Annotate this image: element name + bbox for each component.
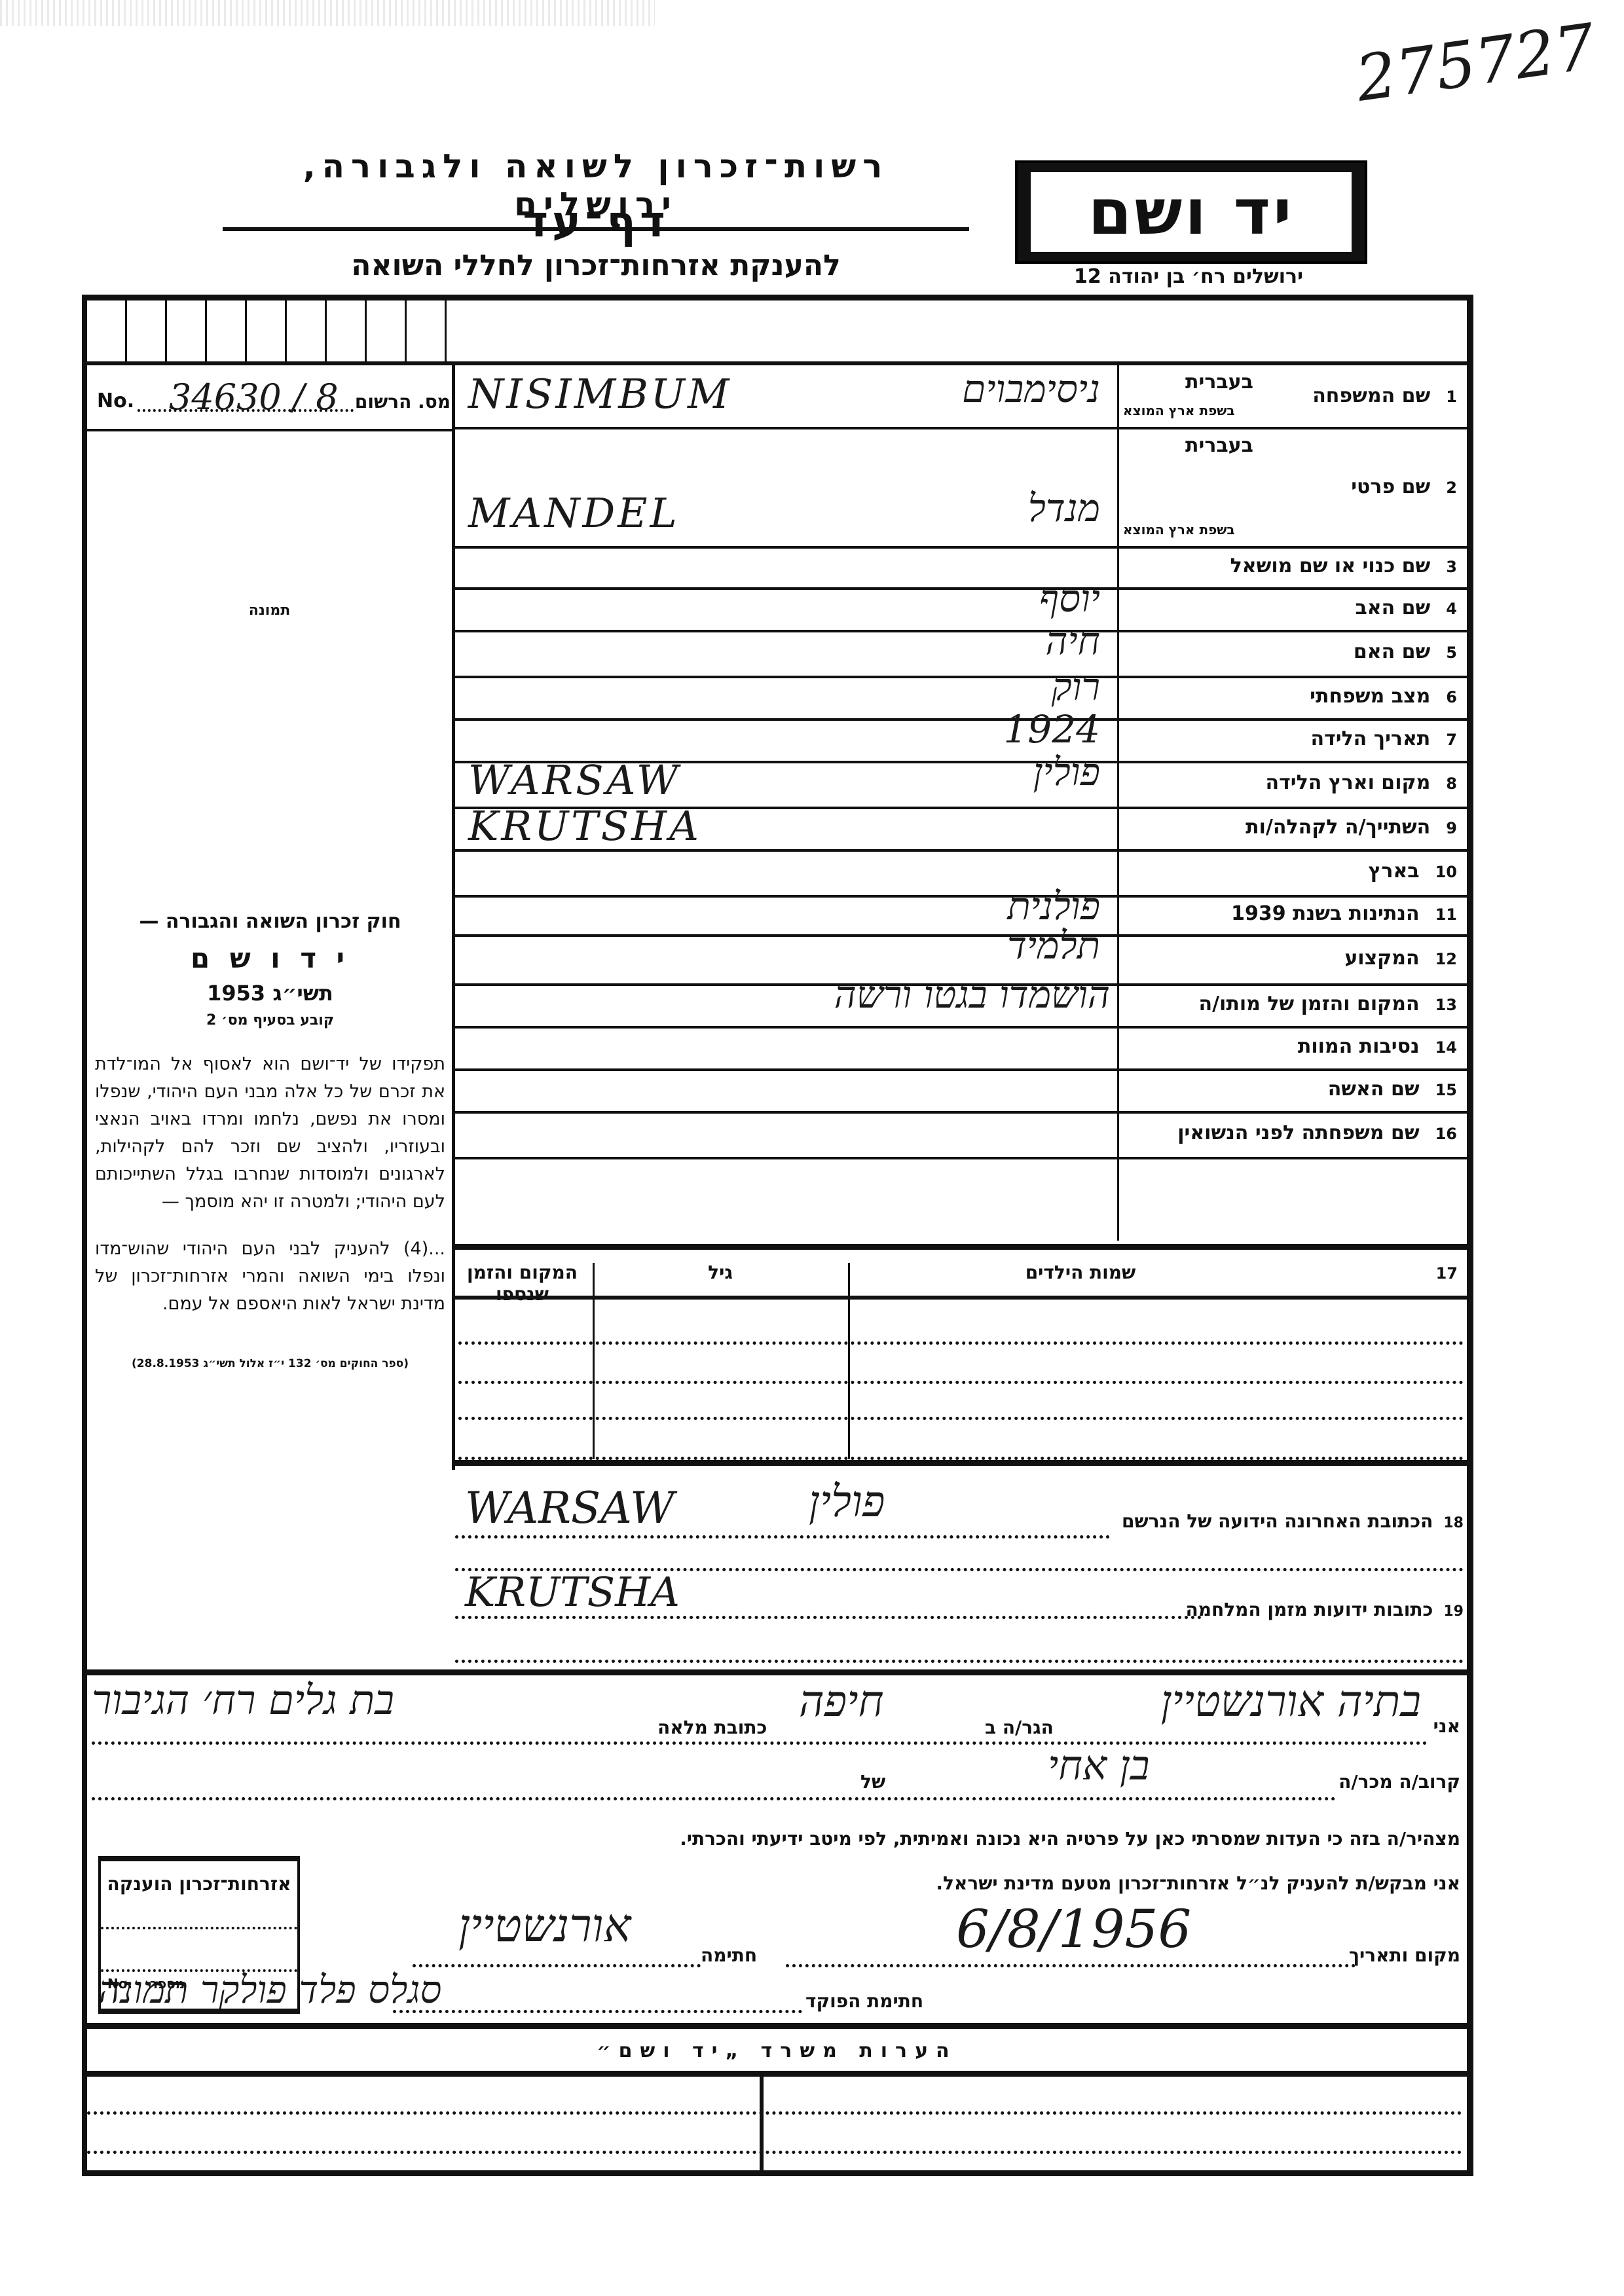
address-bottom-line	[455, 1660, 1464, 1663]
field-row-13: 13המקום והזמן של מותו/ההושמדו בגטו ורשה	[455, 985, 1467, 1028]
office-notes-top	[87, 2023, 1467, 2029]
citizenship-box: אזרחות־זכרון הוענקה No. מספר	[98, 1856, 300, 2014]
field-label-cell: 6מצב משפחתי	[1120, 678, 1457, 720]
children-table: 17 שמות הילדים גיל המקום והזמן שנספו	[452, 1250, 1467, 1466]
field-row-5: 5שם האםחיה	[455, 632, 1467, 678]
field-sub-hebrew: בעברית	[1185, 371, 1253, 393]
field-label-cell: 2שם פרטיבעבריתבשפת ארץ המוצא	[1120, 429, 1457, 548]
field-number: 2	[1446, 479, 1457, 497]
field-number: 9	[1446, 819, 1457, 837]
law-title: חוק זכרון השואה והגבורה —	[95, 910, 445, 933]
decl-relative-label: קרוב/ה מכר/ה	[1338, 1771, 1460, 1793]
citizenship-line-1[interactable]	[101, 1927, 297, 1929]
field-value-hebrew[interactable]: 1924	[1003, 707, 1100, 752]
field-value-hebrew[interactable]: יוסף	[1039, 576, 1100, 621]
address-19-text: כתובות ידועות מזמן המלחמה	[1185, 1599, 1433, 1620]
photo-placeholder-label: תמונה	[87, 602, 452, 619]
law-citation: (ספר החוקים מס׳ 132 י״ז אלול תשי״ג 28.8.…	[95, 1357, 445, 1370]
decl-line-2	[92, 1797, 1336, 1800]
decl-name-value[interactable]: בתיה אורנשטיין	[1161, 1676, 1421, 1727]
address-19-line	[455, 1616, 1202, 1619]
field-value-hebrew[interactable]: מנדל	[1028, 486, 1100, 530]
field-row-line	[455, 1157, 1467, 1159]
field-number: 7	[1446, 731, 1457, 749]
children-row-line[interactable]	[452, 1381, 1464, 1384]
field-number: 12	[1435, 950, 1457, 968]
field-label: 16שם משפחתה לפני הנשואין	[1177, 1121, 1457, 1144]
address-19-label: 19כתובות ידועות מזמן המלחמה	[1185, 1599, 1464, 1620]
law-year: תשי״ג 1953	[95, 981, 445, 1006]
address-18-number: 18	[1443, 1515, 1464, 1531]
officer-label: חתימת הפוקד	[805, 1990, 923, 2012]
field-label-cell: 16שם משפחתה לפני הנשואין	[1120, 1113, 1457, 1159]
field-label-text: הנתינות בשנת 1939	[1231, 902, 1419, 925]
registration-divider	[87, 429, 452, 431]
field-label-cell: 7תאריך הלידה	[1120, 720, 1457, 763]
office-notes-title: הערות משרד „יד ושם״	[87, 2039, 1467, 2062]
code-boxes	[87, 301, 451, 363]
law-name: י ד ו ש ם	[95, 942, 445, 974]
logo-address: ירושלים רח׳ בן יהודה 12	[1015, 265, 1362, 288]
registration-value[interactable]: 34630 / 8	[169, 376, 339, 418]
field-value-hebrew[interactable]: תלמיד	[1007, 923, 1100, 968]
registration-prefix: No.	[97, 390, 134, 412]
field-row-15: 15שם האשה	[455, 1070, 1467, 1113]
field-label: 4שם האב	[1355, 596, 1457, 619]
field-label: 15שם האשה	[1328, 1078, 1457, 1101]
field-label-text: השתייך/ה לקהלה/ות	[1246, 816, 1430, 839]
field-label: 12המקצוע	[1344, 947, 1457, 970]
field-row-14: 14נסיבות המוות	[455, 1028, 1467, 1070]
yad-vashem-logo: יד ושם	[1015, 160, 1367, 264]
field-number: 8	[1446, 774, 1457, 793]
children-row-line[interactable]	[452, 1341, 1464, 1345]
children-header-line	[452, 1296, 1467, 1300]
field-row-10: 10בארץ	[455, 851, 1467, 897]
field-label: 1שם המשפחה	[1312, 384, 1457, 407]
children-number: 17	[1436, 1264, 1458, 1283]
field-label-cell: 4שם האב	[1120, 589, 1457, 632]
field-row-4: 4שם האביוסף	[455, 589, 1467, 632]
field-number: 13	[1435, 996, 1457, 1014]
decl-city-value[interactable]: חיפה	[799, 1676, 884, 1727]
field-sub-origin: בשפת ארץ המוצא	[1123, 522, 1235, 538]
field-sub-origin: בשפת ארץ המוצא	[1123, 403, 1235, 418]
field-value-hebrew[interactable]: רוק	[1052, 665, 1100, 709]
registration-field: No. 34630 / 8 מס. הרשום	[97, 376, 451, 426]
law-box: חוק זכרון השואה והגבורה — י ד ו ש ם תשי״…	[95, 910, 445, 1370]
office-notes-line[interactable]	[87, 2151, 1462, 2154]
decl-full-address-label: כתובת מלאה	[655, 1717, 769, 1738]
field-label: 14נסיבות המוות	[1298, 1035, 1457, 1058]
field-label: 11הנתינות בשנת 1939	[1231, 902, 1457, 925]
logo-text: יד ושם	[1031, 172, 1352, 252]
officer-line	[393, 2010, 802, 2013]
address-18: 18הכתובת האחרונה הידועה של הנרשם WARSAW …	[455, 1470, 1464, 1548]
field-label-cell: 10בארץ	[1120, 851, 1457, 897]
field-number: 15	[1435, 1081, 1457, 1099]
field-sub-hebrew: בעברית	[1185, 434, 1253, 457]
field-number: 3	[1446, 558, 1457, 576]
field-value-hebrew[interactable]: פולין	[1033, 750, 1100, 794]
field-label-text: נסיבות המוות	[1298, 1035, 1420, 1058]
field-label-text: שם כנוי או שם מושאל	[1230, 555, 1431, 577]
declaration-top	[87, 1669, 1467, 1675]
field-row-6: 6מצב משפחתירוק	[455, 678, 1467, 720]
citizenship-title: אזרחות־זכרון הוענקה	[101, 1873, 297, 1895]
decl-signature-label: חתימה	[701, 1944, 757, 1966]
field-label-text: שם המשפחה	[1312, 384, 1430, 407]
field-label-text: תאריך הלידה	[1310, 727, 1430, 750]
field-number: 1	[1446, 388, 1457, 406]
field-label-cell: 12המקצוע	[1120, 936, 1457, 985]
decl-statement-2: אני מבקש/ת להעניק לנ״ל אזרחות־זכרון מטעם…	[936, 1872, 1460, 1894]
children-col-2	[848, 1263, 850, 1459]
field-value-latin[interactable]: MANDEL	[468, 489, 680, 537]
decl-full-address-value[interactable]: בת גלים רח׳ הגיבור	[92, 1676, 394, 1724]
field-label-text: שם האב	[1355, 596, 1430, 619]
field-label: 9השתייך/ה לקהלה/ות	[1246, 816, 1457, 839]
form-title: דף־עד	[223, 196, 969, 247]
field-number: 16	[1435, 1125, 1457, 1143]
address-19-latin[interactable]: KRUTSHA	[465, 1568, 680, 1616]
field-label-text: מצב משפחתי	[1310, 685, 1430, 708]
frame-left	[82, 295, 87, 2174]
field-value-hebrew[interactable]: פולנית	[1007, 884, 1100, 928]
field-label: 3שם כנוי או שם מושאל	[1230, 555, 1457, 577]
field-label-cell: 8מקום וארץ הלידה	[1120, 763, 1457, 809]
law-paragraph-1: תפקידו של יד־ושם הוא לאסוף אל המו־לדת את…	[95, 1051, 445, 1216]
field-label-text: המקצוע	[1344, 947, 1419, 970]
citizenship-line-2[interactable]	[101, 1969, 297, 1972]
office-notes-line[interactable]	[87, 2111, 1462, 2115]
children-header-age: גיל	[593, 1262, 848, 1283]
field-label-cell: 11הנתינות בשנת 1939	[1120, 897, 1457, 936]
field-row-9: 9השתייך/ה לקהלה/ותKRUTSHA	[455, 809, 1467, 851]
field-label: 13המקום והזמן של מותו/ה	[1198, 993, 1457, 1015]
address-18-hebrew[interactable]: פולין	[809, 1476, 885, 1527]
field-label: 7תאריך הלידה	[1310, 727, 1457, 750]
frame-bottom	[82, 2170, 1473, 2176]
field-number: 4	[1446, 600, 1457, 618]
field-label-text: בארץ	[1369, 860, 1420, 883]
children-row-line[interactable]	[452, 1417, 1464, 1420]
address-18-latin[interactable]: WARSAW	[465, 1483, 674, 1533]
field-label-text: שם משפחתה לפני הנשואין	[1177, 1121, 1419, 1144]
decl-statement-1: מצהיר/ה בזה כי העדות שמסרתי כאן על פרטיה…	[680, 1828, 1460, 1850]
citizenship-no-prefix: No.	[107, 1976, 132, 1992]
field-row-3: 3שם כנוי או שם מושאל	[455, 548, 1467, 589]
field-label-cell: 15שם האשה	[1120, 1070, 1457, 1113]
field-label-text: שם האם	[1354, 640, 1430, 663]
field-label-cell: 3שם כנוי או שם מושאל	[1120, 548, 1457, 589]
address-19-number: 19	[1443, 1603, 1464, 1620]
address-18-line	[455, 1535, 1110, 1539]
decl-signature-value[interactable]: אורנשטיין	[458, 1899, 631, 1953]
field-value-latin[interactable]: KRUTSHA	[468, 802, 701, 850]
field-label-text: שם פרטי	[1351, 475, 1430, 498]
field-value-latin[interactable]: WARSAW	[468, 756, 681, 804]
address-18-label: 18הכתובת האחרונה הידועה של הנרשם	[1122, 1510, 1464, 1532]
decl-of-label: של	[858, 1771, 888, 1793]
decl-resident-label: הגר/ה ב	[982, 1717, 1056, 1738]
office-notes-col	[760, 2075, 764, 2170]
registration-label: מס. הרשום	[355, 391, 451, 412]
decl-place-date-value[interactable]: 6/8/1956	[956, 1899, 1191, 1959]
field-value-hebrew[interactable]: הושמדו בגטו ורשה	[834, 972, 1110, 1017]
field-row-1: 1שם המשפחהבעבריתבשפת ארץ המוצאNISIMBUMני…	[455, 365, 1467, 429]
decl-i-label: אני	[1433, 1715, 1460, 1737]
field-label: 2שם פרטי	[1351, 475, 1457, 498]
field-row-16: 16שם משפחתה לפני הנשואין	[455, 1113, 1467, 1159]
archive-number: 275727	[1352, 10, 1599, 116]
field-value-hebrew[interactable]: חיה	[1045, 619, 1100, 663]
field-value-latin[interactable]: NISIMBUM	[468, 370, 732, 418]
field-value-hebrew[interactable]: ניסימבוים	[962, 367, 1100, 411]
field-label: 6מצב משפחתי	[1310, 685, 1457, 708]
children-header-names: שמות הילדים	[851, 1262, 1310, 1283]
decl-place-date-line	[786, 1964, 1356, 1967]
field-label-cell: 13המקום והזמן של מותו/ה	[1120, 985, 1457, 1028]
field-row-11: 11הנתינות בשנת 1939פולנית	[455, 897, 1467, 936]
field-label-text: המקום והזמן של מותו/ה	[1198, 993, 1419, 1015]
citizenship-number-label: מספר	[150, 1976, 185, 1992]
field-label-text: שם האשה	[1328, 1078, 1420, 1101]
decl-signature-line	[413, 1964, 701, 1967]
field-label-cell: 1שם המשפחהבעבריתבשפת ארץ המוצא	[1120, 365, 1457, 429]
form-subtitle: להענקת אזרחות־זכרון לחללי השואה	[223, 249, 969, 282]
field-label-cell: 5שם האם	[1120, 632, 1457, 678]
frame-top	[82, 295, 1470, 301]
field-label-cell: 9השתייך/ה לקהלה/ות	[1120, 809, 1457, 851]
field-label: 10בארץ	[1369, 860, 1457, 883]
frame-right	[1467, 295, 1473, 2174]
scan-noise	[0, 0, 655, 26]
decl-relation-value[interactable]: בן אחי	[1048, 1741, 1150, 1790]
field-number: 10	[1435, 863, 1457, 881]
field-label: 5שם האם	[1354, 640, 1457, 663]
field-number: 14	[1435, 1038, 1457, 1057]
decl-place-date-label: מקום ותאריך	[1349, 1944, 1460, 1966]
field-number: 11	[1435, 905, 1457, 924]
field-number: 6	[1446, 688, 1457, 706]
field-label-cell: 14נסיבות המוות	[1120, 1028, 1457, 1070]
field-label: 8מקום וארץ הלידה	[1266, 771, 1457, 794]
law-clause: קובע בסעיף מס׳ 2	[95, 1012, 445, 1029]
decl-line-1	[92, 1741, 1428, 1745]
children-top	[452, 1244, 1467, 1250]
children-bottom	[452, 1460, 1467, 1466]
field-label-text: מקום וארץ הלידה	[1266, 771, 1431, 794]
field-number: 5	[1446, 644, 1457, 662]
office-notes-header-line	[87, 2071, 1467, 2077]
address-18-text: הכתובת האחרונה הידועה של הנרשם	[1122, 1510, 1433, 1532]
address-19: 19כתובות ידועות מזמן המלחמה KRUTSHA	[455, 1571, 1464, 1656]
children-col-1	[593, 1263, 595, 1459]
law-paragraph-2: ...(4) להעניק לבני העם היהודי שהוש־מדו ו…	[95, 1235, 445, 1318]
field-row-2: 2שם פרטיבעבריתבשפת ארץ המוצאMANDELמנדל	[455, 429, 1467, 548]
